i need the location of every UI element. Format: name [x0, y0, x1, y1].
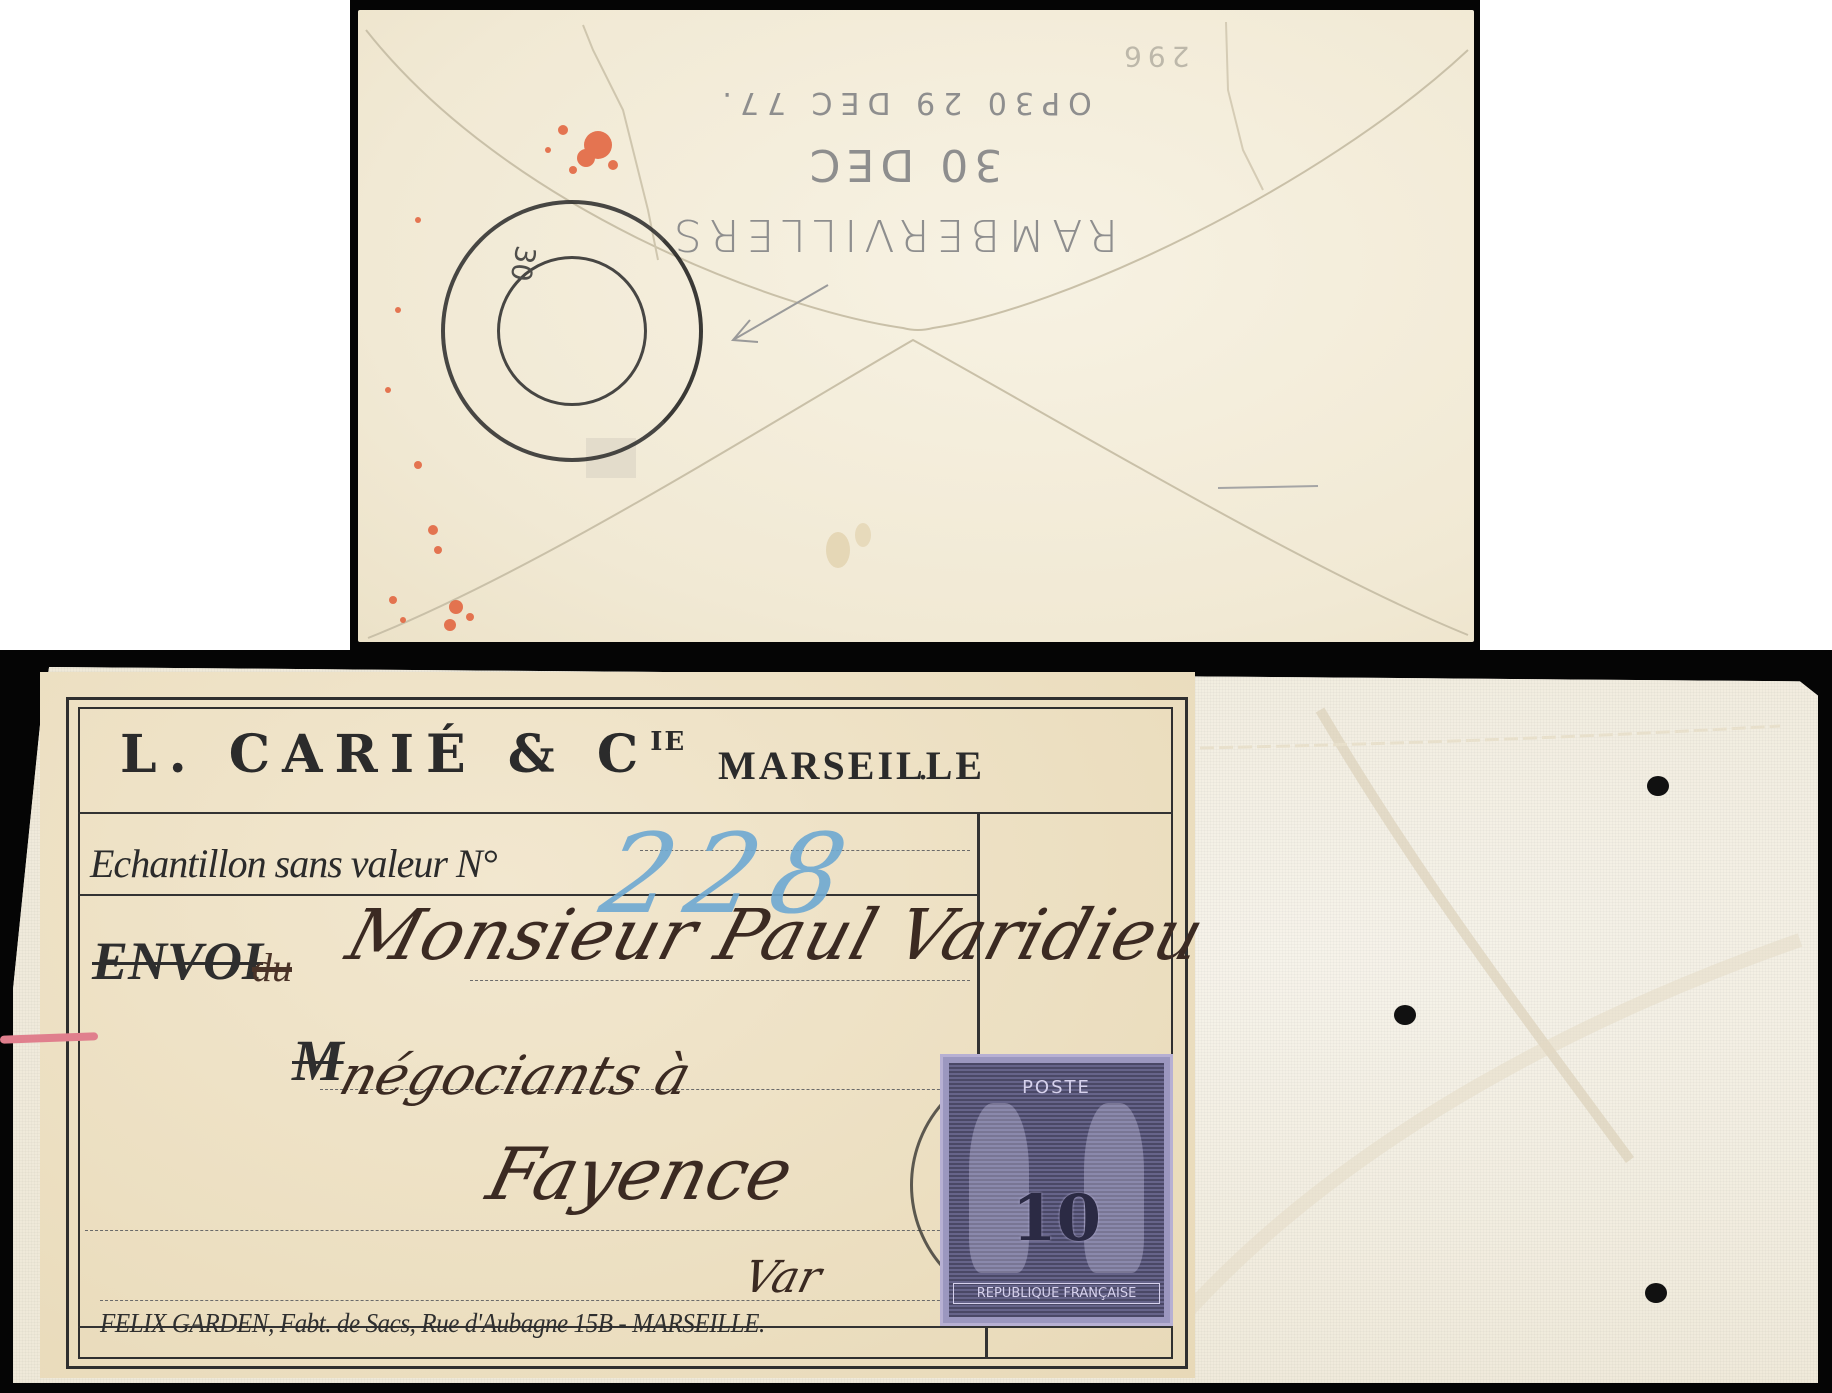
recipient-department: Var: [739, 1252, 827, 1303]
pencil-ref: OP30 29 DEC 77.: [688, 85, 1118, 120]
postage-stamp: POSTE 10 REPUBLIQUE FRANÇAISE: [943, 1057, 1170, 1323]
recipient-name: Monsieur Paul Varidieu: [338, 894, 1214, 976]
pencil-date: 30 DEC: [688, 139, 1118, 190]
pencil-corner-mark: 296: [1118, 40, 1189, 73]
writing-line: [470, 980, 970, 981]
hole: [1394, 1005, 1416, 1025]
pencil-town: RAMBERVILLERS: [688, 209, 1118, 260]
postmark-cancel: 30: [441, 200, 703, 462]
m-struck: M: [292, 1027, 344, 1094]
envelope-back: RAMBERVILLERS 30 DEC OP30 29 DEC 77. 296…: [358, 10, 1474, 642]
company-city: MARSEILLE: [718, 742, 985, 789]
column-divider: [985, 1326, 988, 1359]
recipient-profession: négociants à: [333, 1044, 698, 1107]
stamp-value: 10: [949, 1181, 1164, 1256]
company-name: L. CARIÉ & CIE: [120, 724, 686, 785]
writing-line: [100, 1300, 970, 1301]
company-name-text: L. CARIÉ & C: [120, 724, 650, 785]
hole: [1645, 1283, 1667, 1303]
stamp-country: REPUBLIQUE FRANÇAISE: [953, 1283, 1160, 1304]
recipient-town: Fayence: [480, 1132, 802, 1216]
hole: [1647, 776, 1669, 796]
city-period: .: [918, 742, 928, 789]
writing-line: [85, 1230, 970, 1231]
pencil-notation: RAMBERVILLERS 30 DEC OP30 29 DEC 77.: [688, 50, 1118, 260]
envoi-du-struck: du: [252, 944, 292, 991]
envoi-struck: ENVOI: [92, 930, 263, 992]
sample-label: Echantillon sans valeur N°: [90, 840, 497, 887]
company-suffix: IE: [650, 727, 686, 757]
cloth-crease: [1100, 680, 1820, 1380]
stamp-header: POSTE: [949, 1077, 1164, 1098]
printer-imprint: FELIX GARDEN, Fabt. de Sacs, Rue d'Aubag…: [100, 1308, 765, 1339]
stitch-seam: [1200, 720, 1790, 760]
